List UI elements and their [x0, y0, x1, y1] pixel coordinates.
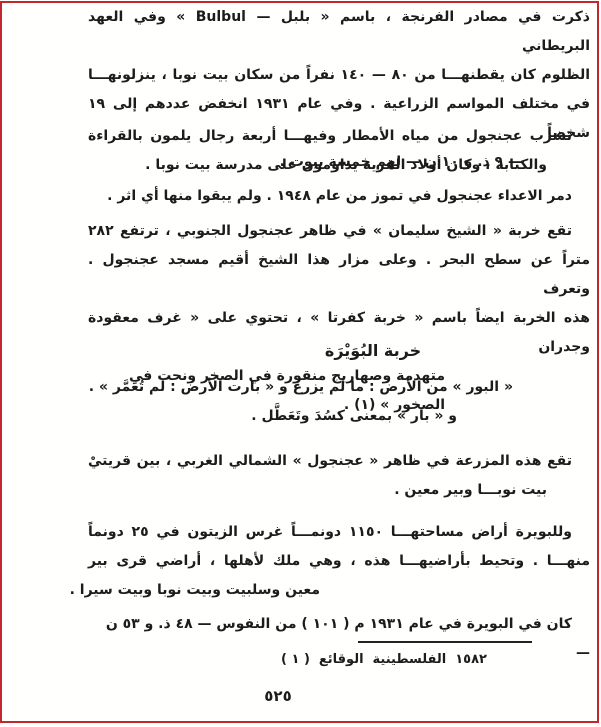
text-line: ذكرت في مصادر الفرنجة ، باسم « بلبل — Bu…: [88, 3, 590, 61]
text-line: تقع خربة « الشيخ سليمان » في ظاهر عجنجول…: [88, 217, 590, 246]
text-line: تقع هذه المزرعة في ظاهر « عجنجول » الشما…: [88, 447, 590, 476]
section-heading-khirbat-al-buwayra: خربة البُوَيْرَة: [288, 341, 458, 360]
scanned-book-page: ذكرت في مصادر الفرنجة ، باسم « بلبل — Bu…: [0, 0, 601, 727]
paragraph-farm-location: تقع هذه المزرعة في ظاهر « عجنجول » الشما…: [88, 447, 590, 505]
text-line: والكتابة ، وكان أولاد القرية يداومون على…: [88, 151, 547, 180]
paragraph-destruction-1948: دمر الاعداء عجنجول في تموز من عام ١٩٤٨ .…: [88, 182, 590, 211]
text-line: « البور » من الأرض : ما لم يزرع و « بارت…: [88, 373, 513, 402]
text-line: وللبويرة أراض مساحتهـــا ١١٥٠ دونمـــاً …: [88, 518, 590, 547]
text-line: متراً عن سطح البحر . وعلى مزار هذا الشيخ…: [88, 246, 590, 304]
text-line: معين وسلبيت وبيت نوبا وبيت سيرا .: [88, 576, 320, 605]
paragraph-bur-definition: « البور » من الأرض : ما لم يزرع و « بارت…: [88, 373, 590, 431]
text-line: و « بار » بمعنى كسُدَ وتَعَطَّل .: [88, 402, 457, 431]
paragraph-water-literacy: تشرب عجنجول من مياه الأمطار وفيهـــا أرب…: [88, 122, 590, 180]
footnote-marker: ( ١ ): [281, 650, 310, 670]
text-line: بيت نوبـــا وبير معين .: [88, 476, 547, 505]
page-number: ٥٢٥: [250, 687, 306, 705]
footnote-separator-rule: [358, 641, 532, 643]
footnote-issue-number: ١٥٨٢: [455, 650, 487, 670]
text-line: تشرب عجنجول من مياه الأمطار وفيهـــا أرب…: [88, 122, 590, 151]
text-line: منهـــا . وتحيط بأراضيهـــا هذه ، وهي مل…: [88, 547, 590, 576]
text-line: دمر الاعداء عجنجول في تموز من عام ١٩٤٨ .…: [88, 182, 590, 211]
paragraph-buwayra-lands: وللبويرة أراض مساحتهـــا ١١٥٠ دونمـــاً …: [88, 518, 590, 605]
footnote-source-word-1: الوقائع: [319, 650, 364, 670]
footnote-source-word-2: الفلسطينية: [373, 650, 447, 670]
text-line: الظلوم كان يقطنهـــا من ٨٠ — ١٤٠ نفراً م…: [88, 61, 590, 90]
footnote: ( ١ ) الوقائع الفلسطينية ١٥٨٢: [281, 650, 487, 670]
